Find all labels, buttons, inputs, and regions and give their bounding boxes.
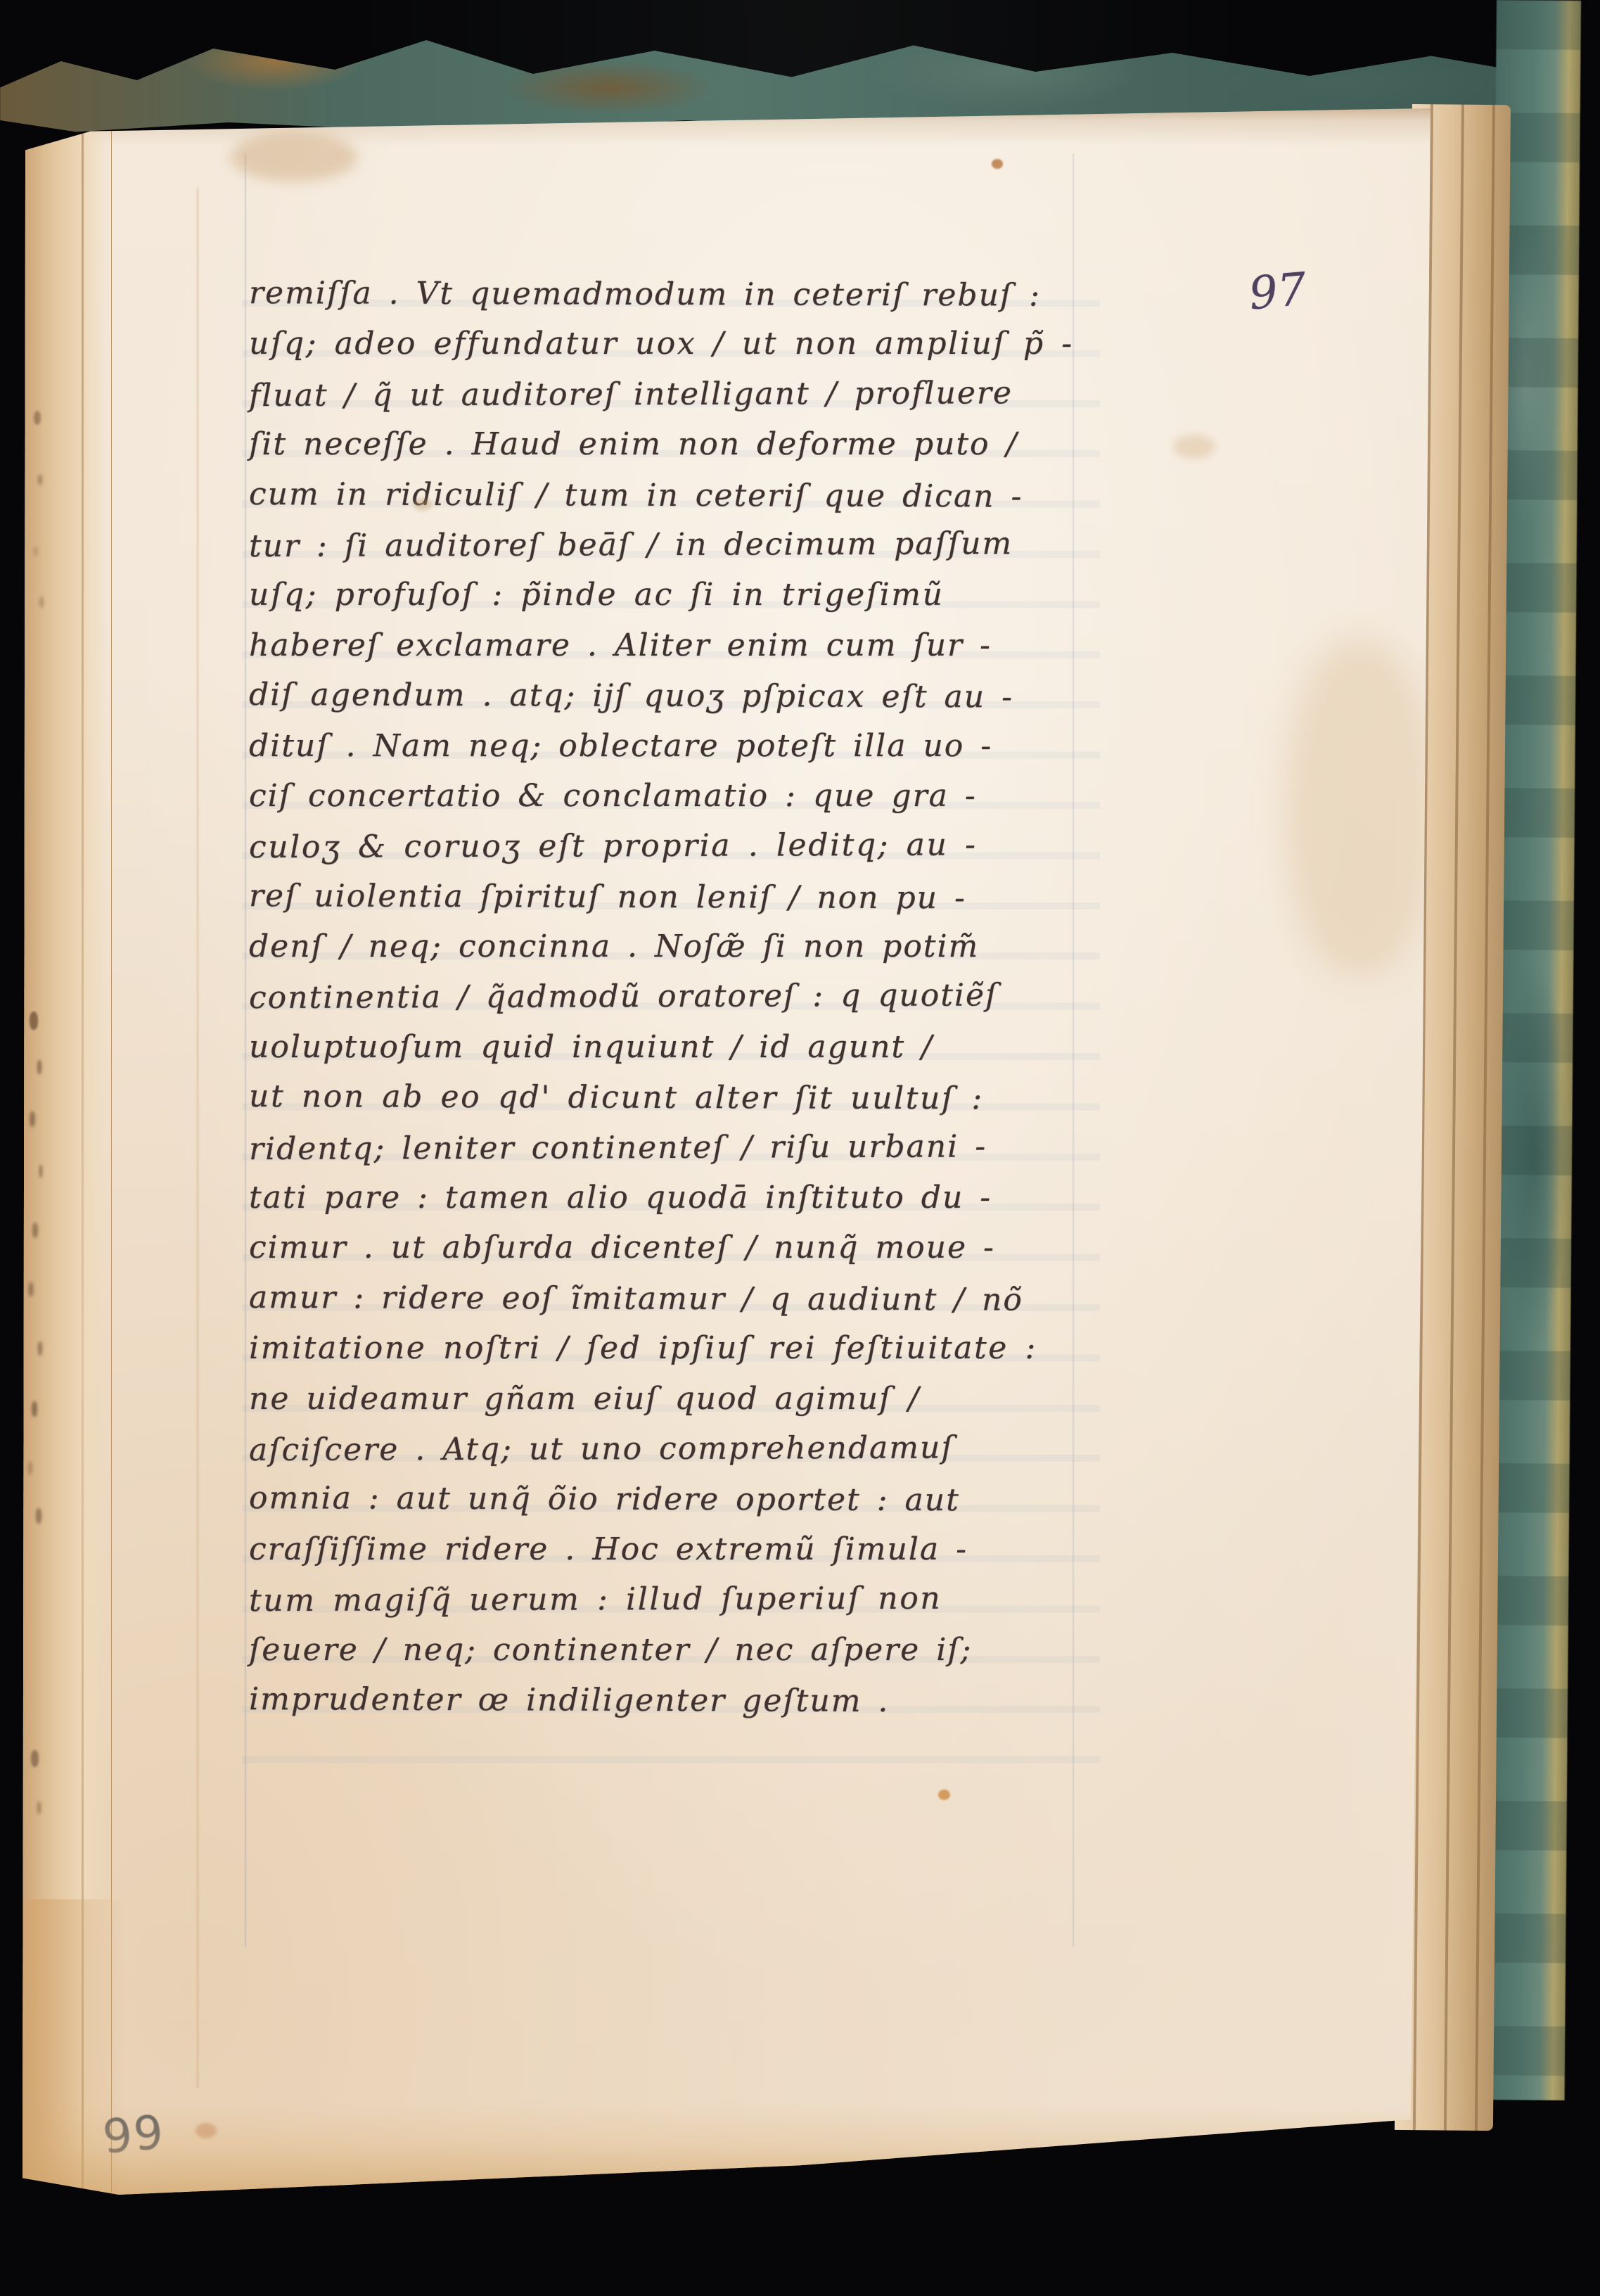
gutter-crease <box>82 104 84 2195</box>
text-line: ne uideamur gñam eiuſ quod agimuſ / <box>249 1374 1100 1424</box>
text-line: culoʒ & coruoʒ eſt propria . leditq; au … <box>249 819 1100 873</box>
gutter-ink-marks <box>30 1012 38 1030</box>
text-line: dituſ . Nam neq; oblectare poteſt illa u… <box>249 721 1100 771</box>
text-line: cum in ridiculiſ / tum in ceteriſ que di… <box>249 469 1100 522</box>
text-line: ridentq; leniter continenteſ / riſu urba… <box>249 1121 1100 1175</box>
gutter-ink-marks <box>34 411 41 425</box>
text-line: amur : ridere eoſ ĩmitamur / q audiunt /… <box>249 1273 1100 1325</box>
bottom-left-corner-browning <box>20 1899 125 2195</box>
text-line: continentia / q̃admodũ oratoreſ : q quot… <box>249 970 1100 1023</box>
manuscript-text: remiſſa . Vt quemadmodum in ceteriſ rebu… <box>249 269 1100 1725</box>
text-line: tati pare : tamen alio quodā inſtituto d… <box>249 1173 1100 1223</box>
text-line: diſ agendum . atq; ijſ quoʒ pſpicax eſt … <box>249 670 1100 722</box>
text-line: uoluptuoſum quid inquiunt / id agunt / <box>249 1022 1100 1072</box>
stain <box>992 159 1003 169</box>
text-line: remiſſa . Vt quemadmodum in ceteriſ rebu… <box>249 268 1100 321</box>
text-line: imitatione noſtri / ſed ipſiuſ rei feſti… <box>249 1323 1100 1373</box>
text-line: imprudenter œ indiligenter geſtum . <box>249 1674 1100 1727</box>
text-line: uſq; profuſoſ : p̃inde ac ſi in trigeſim… <box>249 570 1100 620</box>
stain <box>1173 435 1215 459</box>
stain <box>1286 639 1433 976</box>
text-line: tum magiſq̃ uerum : illud ſuperiuſ non <box>249 1573 1100 1626</box>
text-line: cimur . ut abſurda dicenteſ / nunq̃ moue… <box>249 1223 1100 1273</box>
ruled-margin-line-left <box>245 153 246 1947</box>
text-line: reſ uiolentia ſpirituſ non leniſ / non p… <box>249 871 1100 924</box>
stain <box>938 1790 950 1800</box>
text-line: denſ / neq; concinna . Noſæ̃ ſi non poti… <box>249 921 1100 971</box>
text-line: ſit neceſſe . Haud enim non deforme puto… <box>249 419 1100 469</box>
text-line: ciſ concertatio & conclamatio : que gra … <box>249 771 1100 821</box>
page-bottom-edge <box>20 2103 1436 2195</box>
gutter-ink-marks <box>31 1750 39 1767</box>
manuscript-photo: 97 remiſſa . Vt quemadmodum in ceteriſ r… <box>0 0 1600 2296</box>
text-line: habereſ exclamare . Aliter enim cum ſur … <box>249 620 1100 670</box>
gutter-crease-line <box>197 189 198 2088</box>
manuscript-page: 97 remiſſa . Vt quemadmodum in ceteriſ r… <box>20 104 1436 2195</box>
text-line: aſciſcere . Atq; ut uno comprehendamuſ <box>249 1422 1100 1476</box>
text-line: tur : ſi auditoreſ beāſ / in decimum paſ… <box>249 518 1100 572</box>
text-line: craſſiſſime ridere . Hoc extremũ ſimula … <box>249 1524 1100 1574</box>
text-line: uſq; adeo effundatur uox / ut non ampliu… <box>249 319 1100 369</box>
text-line: omnia : aut unq̃ õio ridere oportet : au… <box>249 1473 1100 1526</box>
text-line: ut non ab eo qd' dicunt alter ſit uultuſ… <box>249 1071 1100 1124</box>
text-line: ſeuere / neq; continenter / nec aſpere i… <box>249 1625 1100 1675</box>
text-line: fluat / q̃ ut auditoreſ intelligant / pr… <box>249 368 1100 421</box>
folio-number: 97 <box>1247 264 1309 321</box>
